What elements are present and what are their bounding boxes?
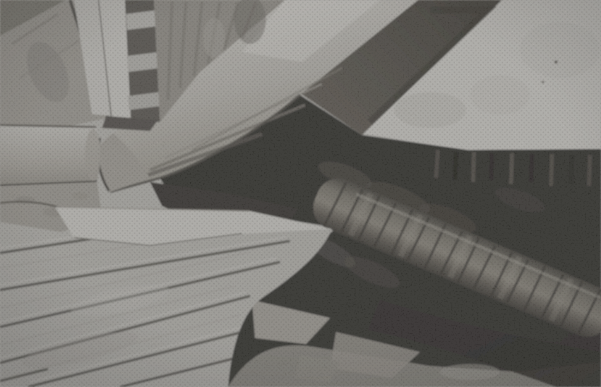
film-grain-light [0, 0, 601, 387]
photograph: Halftone photograph of fallen timber and… [0, 0, 601, 387]
photo-svg: Halftone photograph of fallen timber and… [0, 0, 601, 387]
